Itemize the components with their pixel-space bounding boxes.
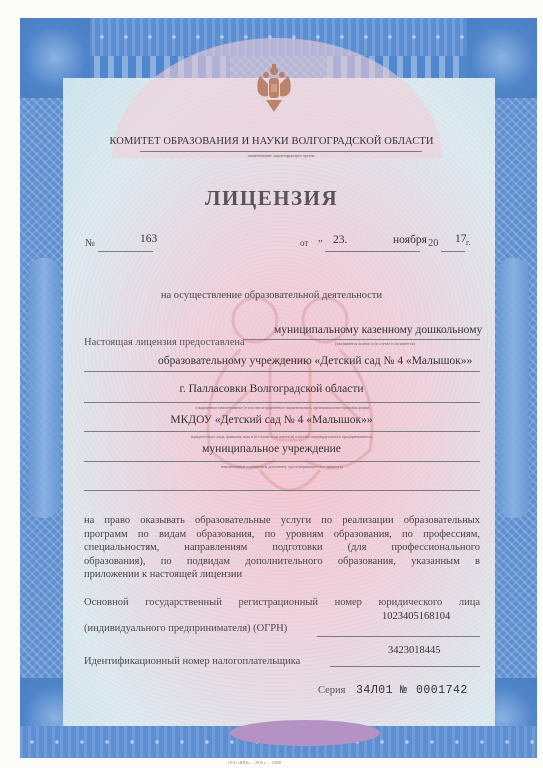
form-number: 0001742 <box>416 684 468 697</box>
holder-line-5-underline <box>84 461 480 462</box>
rights-line: специальностям, направлениям подготовки … <box>84 541 480 555</box>
licensing-authority-name: КОМИТЕТ ОБРАЗОВАНИЯ И НАУКИ ВОЛГОГРАДСКО… <box>0 136 543 147</box>
form-number-sign: № <box>400 684 407 697</box>
holder-line-3: г. Палласовки Волгоградской области <box>0 383 543 395</box>
ogrn-label-line-2: (индивидуального предпринимателя) (ОГРН) <box>84 623 287 634</box>
ogrn-value: 1023405168104 <box>382 611 450 622</box>
series-value: 34Л01 <box>356 684 393 697</box>
authority-underline <box>140 151 422 152</box>
holder-line-5: муниципальное учреждение <box>0 443 543 455</box>
date-month: ноября <box>393 234 427 246</box>
holder-line-1-underline <box>243 339 480 340</box>
ogrn-label-line-1: Основной государственный регистрационный… <box>84 597 480 608</box>
holder-line-1-caption: (указывается полное и (в случае если име… <box>290 341 460 346</box>
license-number-label: № <box>85 238 95 249</box>
inn-label: Идентификационный номер налогоплательщик… <box>84 656 300 667</box>
holder-line-1: муниципальному казенному дошкольному <box>274 324 482 336</box>
holder-blank-underline <box>84 490 480 491</box>
holder-line-3-caption: сокращенное наименование (в том числе фи… <box>84 405 480 410</box>
coat-of-arms-icon <box>254 62 294 114</box>
purple-oval-watermark <box>230 720 380 746</box>
rights-line: образования), по подвидам дополнительног… <box>84 555 480 569</box>
inn-underline <box>330 666 480 667</box>
license-purpose: на осуществление образовательной деятель… <box>0 290 543 301</box>
date-open-quote: „ <box>318 233 323 244</box>
year-underline <box>441 251 465 252</box>
holder-line-5-caption: наименование и реквизиты документа, удос… <box>84 464 480 469</box>
day-underline <box>325 251 352 252</box>
date-from-label: от <box>300 238 308 248</box>
inn-value: 3423018445 <box>388 645 441 656</box>
holder-line-4-caption: юридического лица, фамилия, имя и (в слу… <box>84 434 480 439</box>
license-number: 163 <box>140 233 157 245</box>
holder-line-4: МКДОУ «Детский сад № 4 «Малышок»» <box>0 414 543 426</box>
authority-caption: наименование лицензирующего органа <box>140 153 422 158</box>
holder-line-3-underline <box>84 402 480 403</box>
date-year-suffix: 17 <box>455 233 467 245</box>
rights-line: на право оказывать образовательные услуг… <box>84 514 480 528</box>
rights-line: приложении к настоящей лицензии <box>84 568 480 582</box>
date-year-prefix: 20 <box>428 238 439 249</box>
holder-line-4-underline <box>84 431 480 432</box>
holder-line-2-underline <box>84 371 480 372</box>
printer-imprint: ООО «ИПК» ... 2016 г. ... 15000 <box>228 760 281 765</box>
eagle-watermark-icon <box>180 280 400 510</box>
date-day: 23. <box>333 234 347 246</box>
ogrn-underline <box>317 636 480 637</box>
month-underline <box>352 251 420 252</box>
series-label: Серия <box>318 685 346 696</box>
license-number-underline <box>98 251 153 252</box>
granted-to-label: Настоящая лицензия предоставлена <box>84 337 245 348</box>
document-title: ЛИЦЕНЗИЯ <box>0 186 543 211</box>
rights-paragraph: на право оказывать образовательные услуг… <box>84 514 480 582</box>
year-abbr: г. <box>466 238 470 247</box>
holder-line-2: образовательному учреждению «Детский сад… <box>158 355 472 367</box>
rights-line: программ по видам образования, по уровня… <box>84 528 480 542</box>
